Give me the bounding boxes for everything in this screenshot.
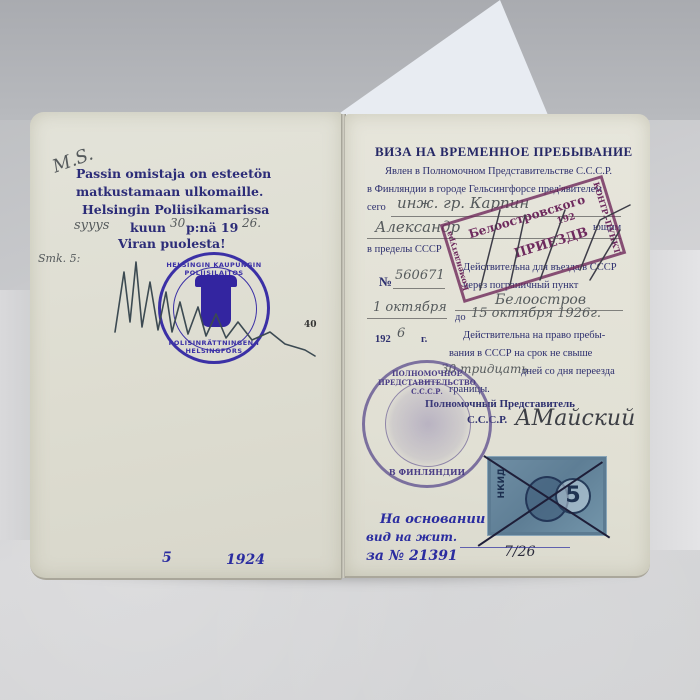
revenue-stamp-side-text: НКИД xyxy=(497,468,507,498)
passport-left-page: M.S. Passin omistaja on esteetön matkust… xyxy=(30,112,342,580)
fee-margin-note: Smk. 5: xyxy=(38,252,80,265)
exit-permit-line-3: Helsingin Poliisikamarissa xyxy=(82,202,269,217)
cushion-edge-left xyxy=(0,290,34,540)
authority-line: Viran puolesta! xyxy=(118,236,226,251)
exit-permit-line-1: Passin omistaja on esteetön xyxy=(76,166,271,181)
kuun-label: kuun xyxy=(130,220,166,235)
year-suffix: г. xyxy=(421,334,427,345)
number-underline xyxy=(393,288,445,289)
bottom-note-1: 5 xyxy=(162,550,172,566)
year-handwritten: 6 xyxy=(397,326,405,341)
visa-title: ВИЗА НА ВРЕМЕННОЕ ПРЕБЫВАНИЕ xyxy=(375,144,633,160)
validity-line-2: вания в СССР на срок не свыше xyxy=(449,348,592,359)
exit-permit-line-2: matkustamaan ulkomaille. xyxy=(76,184,263,199)
police-signature xyxy=(110,252,320,362)
annotation-underline xyxy=(460,547,570,548)
soviet-seal-bottom-text: В ФИНЛЯНДИИ xyxy=(365,467,489,477)
entry-line: в пределы СССР xyxy=(367,244,442,255)
blue-annotation-line-1: На основании xyxy=(380,512,485,527)
bottom-note-2: 1924 xyxy=(226,552,265,568)
number-label: № xyxy=(379,274,392,290)
visa-line-1: Явлен в Полномочном Представительстве С.… xyxy=(385,166,612,177)
white-cushion-corner xyxy=(330,0,550,120)
exit-permit-date-line: syyys kuun 30 p:nä 19 26. xyxy=(74,218,274,236)
blue-annotation-line-2: вид на жит. xyxy=(366,530,457,544)
blue-annotation-line-3: за № 21391 xyxy=(366,548,458,564)
date-underline xyxy=(367,318,447,319)
issue-date-handwritten: 1 октября xyxy=(373,300,447,315)
soviet-seal-ring-text: ПОЛНОМОЧНОЕ ПРЕДСТАВИТЕЛЬСТВО С.С.С.Р. xyxy=(365,369,489,396)
month-handwritten: syyys xyxy=(74,218,109,233)
validity-line-1: Действительна на право пребы- xyxy=(463,330,605,341)
page-number: 40 xyxy=(304,320,317,330)
until-prefix: до xyxy=(455,312,466,323)
days-suffix: дней со дня переезда xyxy=(521,366,615,377)
year-handwritten: 26. xyxy=(242,216,261,230)
pna-label: p:nä 19 xyxy=(186,220,238,235)
soviet-mission-seal: ПОЛНОМОЧНОЕ ПРЕДСТАВИТЕЛЬСТВО С.С.С.Р. В… xyxy=(362,360,492,488)
plenipotentiary-signature: АМайский xyxy=(515,406,635,431)
until-date-handwritten: 15 октября 1926г. xyxy=(471,306,601,321)
visa-line-3: сего xyxy=(367,202,386,213)
border-official-signature xyxy=(470,190,640,300)
year-prefix: 192 xyxy=(375,334,391,345)
visa-number: 560671 xyxy=(395,268,445,283)
day-handwritten: 30 xyxy=(170,216,185,230)
revenue-stamp-denomination: 5 xyxy=(555,478,591,514)
